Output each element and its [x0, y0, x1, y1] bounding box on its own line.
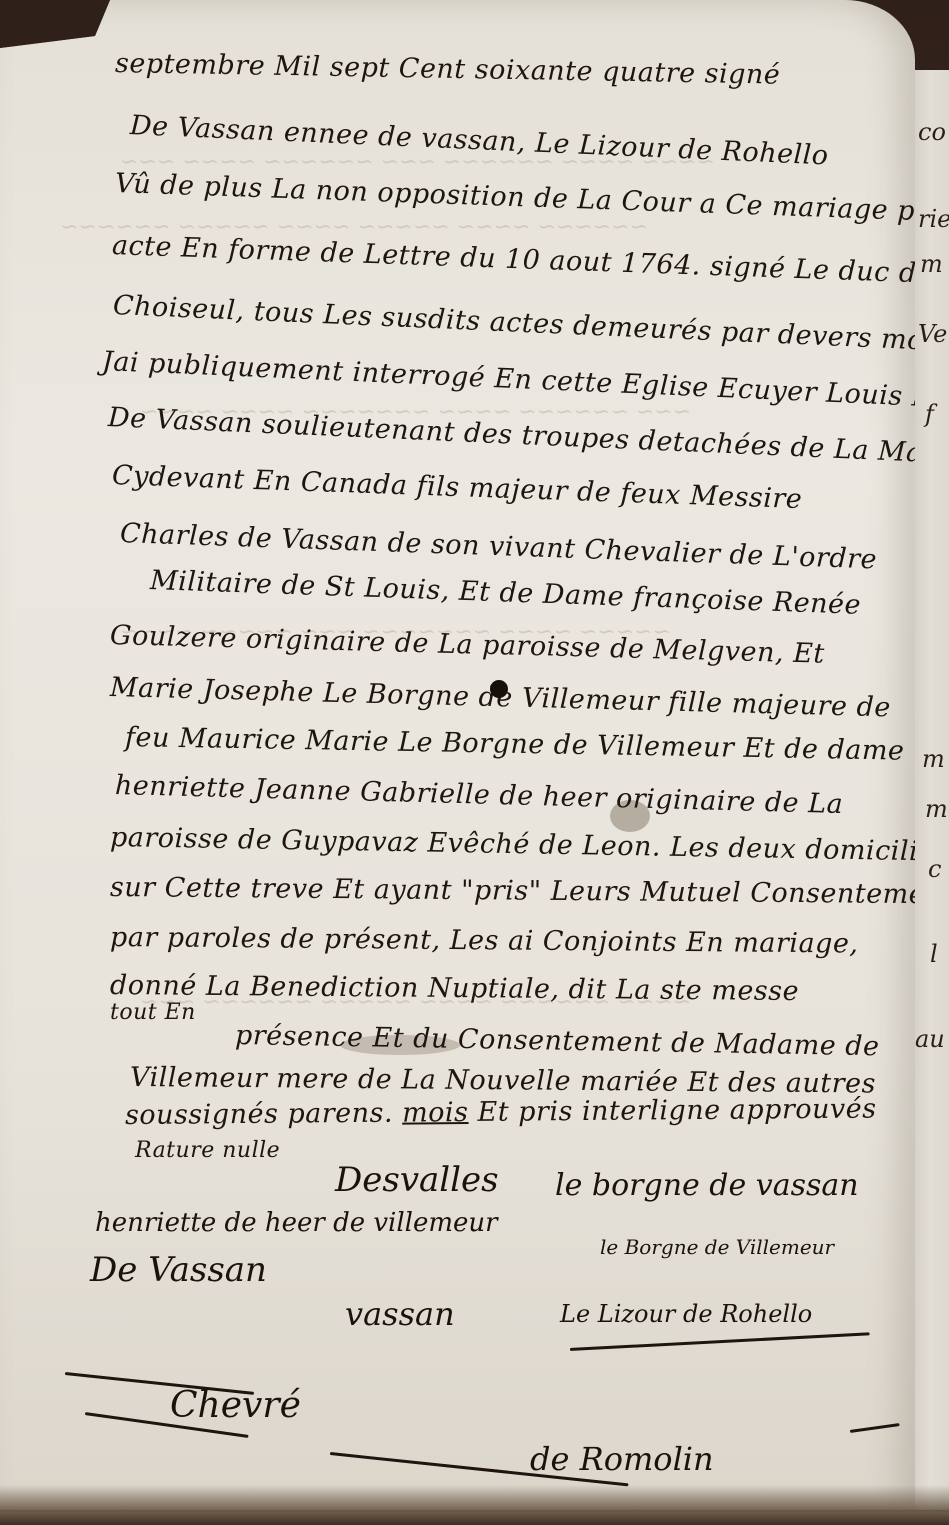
signature-le-borgne-de-vassan: le borgne de vassan: [555, 1168, 859, 1203]
margin-fragment: m: [925, 795, 948, 823]
text-line-13: feu Maurice Marie Le Borgne de Villemeur…: [125, 722, 905, 767]
signature-de-romolin: de Romolin: [530, 1440, 714, 1478]
margin-fragment: au: [915, 1025, 945, 1053]
margin-fragment: l: [930, 940, 938, 968]
signature-le-lizour-de-rohello: Le Lizour de Rohello: [560, 1300, 812, 1328]
signature-henriette-de-heer: henriette de heer de villemeur: [95, 1208, 498, 1238]
signature-flourish: [570, 1332, 870, 1351]
signature-desvalles: Desvalles: [335, 1160, 499, 1200]
margin-fragment: m: [922, 745, 945, 773]
text-line-16: sur Cette treve Et ayant "pris" Leurs Mu…: [110, 872, 949, 910]
text-line-14: henriette Jeanne Gabrielle de heer origi…: [115, 770, 844, 820]
signature-le-borgne-de-villemeur: le Borgne de Villemeur: [600, 1235, 834, 1259]
margin-fragment: rie: [918, 205, 949, 233]
text-line-10: Militaire de St Louis, Et de Dame franço…: [149, 565, 861, 621]
margin-fragment: f: [925, 400, 934, 428]
text-line-5: Choiseul, tous Les susdits actes demeuré…: [112, 290, 933, 357]
signature-vassan: vassan: [345, 1295, 455, 1333]
text-line-23: Rature nulle: [135, 1138, 280, 1163]
margin-fragment: co: [918, 118, 946, 146]
margin-fragment: m: [920, 250, 943, 278]
ink-blot: [490, 680, 508, 698]
margin-fragment: c: [928, 855, 941, 883]
text-line-15: paroisse de Guypavaz Evêché de Leon. Les…: [110, 822, 949, 868]
signature-flourish: [850, 1423, 900, 1433]
register-page: ~~~~ ~~~~ ~~~~~~ ~~~ ~~~~~~ ~~~~ ~~~ ~~~…: [0, 0, 915, 1510]
text-line-9: Charles de Vassan de son vivant Chevalie…: [119, 518, 877, 575]
text-line-18: donné La Benediction Nuptiale, dit La st…: [110, 970, 799, 1007]
stacked-page-edges: [0, 1485, 949, 1525]
text-line-19: tout En: [110, 1000, 196, 1025]
text-line-22: soussignés parens. mois Et pris interlig…: [125, 1093, 877, 1131]
text-line-20: présence Et du Consentement de Madame de: [235, 1020, 880, 1062]
text-line-1: septembre Mil sept Cent soixante quatre …: [115, 48, 781, 91]
text-line-17: par paroles de présent, Les ai Conjoints…: [110, 922, 859, 960]
signature-de-vassan: De Vassan: [90, 1250, 267, 1290]
signature-flourish: [65, 1372, 254, 1395]
underlined-word: mois: [402, 1097, 469, 1129]
margin-fragment: Ve: [918, 320, 947, 348]
text-line-8: Cydevant En Canada fils majeur de feux M…: [111, 460, 802, 515]
